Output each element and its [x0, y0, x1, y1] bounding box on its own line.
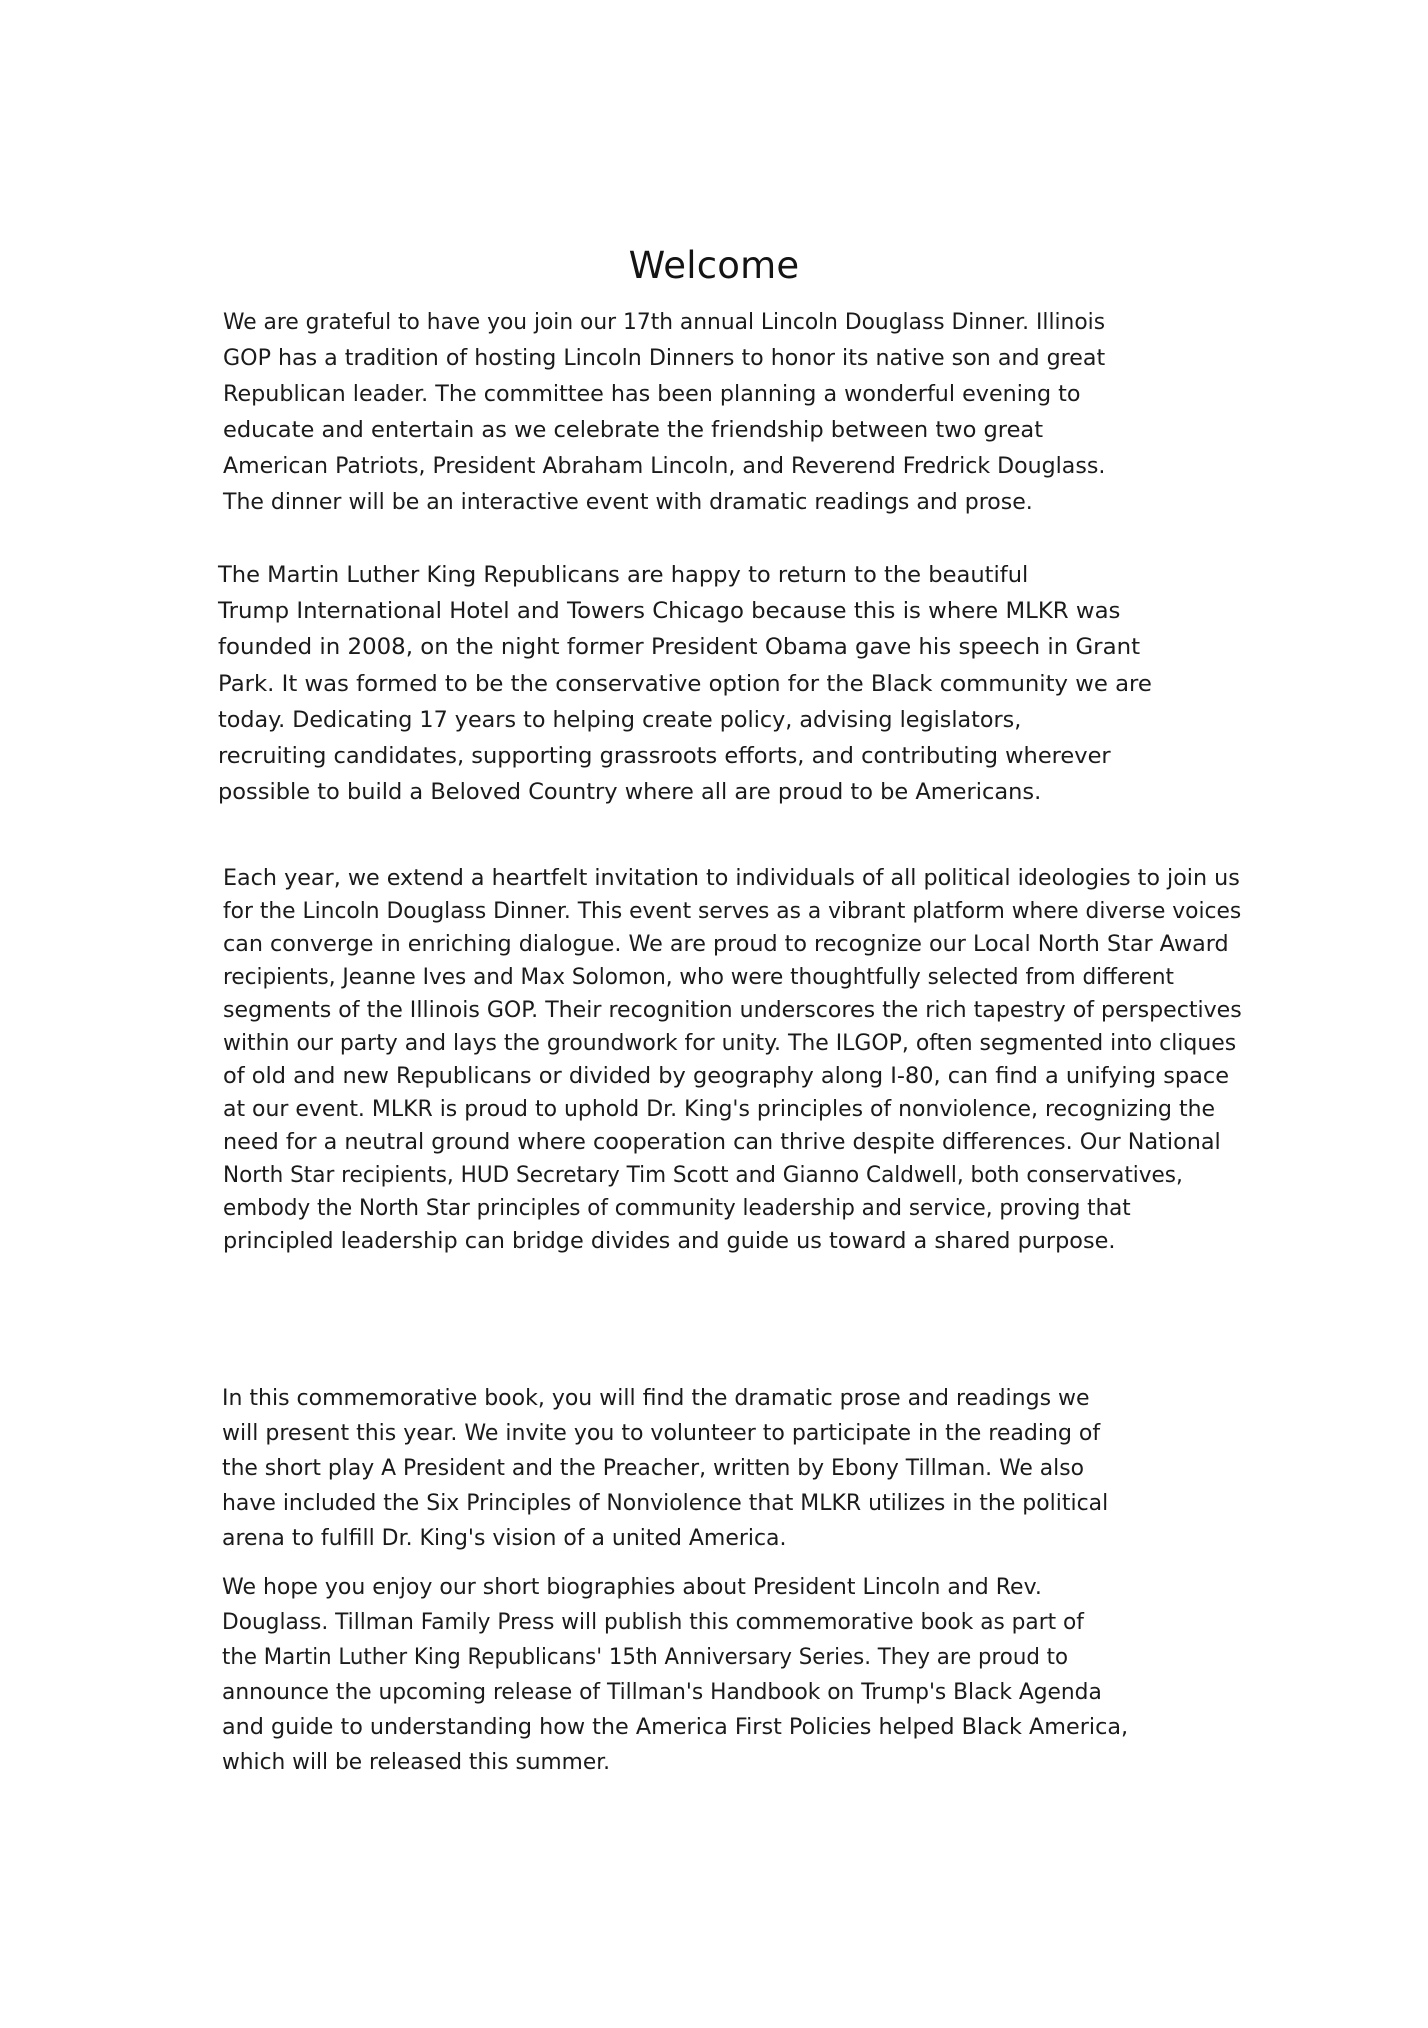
text-line: principled leadership can bridge divides…	[223, 1227, 1115, 1257]
document-page: Welcome We are grateful to have you join…	[0, 0, 1428, 2028]
text-line: GOP has a tradition of hosting Lincoln D…	[223, 344, 1105, 374]
text-line: arena to fulfill Dr. King's vision of a …	[222, 1524, 786, 1554]
text-line: announce the upcoming release of Tillman…	[222, 1678, 1102, 1708]
text-line: at our event. MLKR is proud to uphold Dr…	[223, 1095, 1215, 1125]
text-line: have included the Six Principles of Nonv…	[222, 1489, 1108, 1519]
text-line: recipients, Jeanne Ives and Max Solomon,…	[223, 963, 1174, 993]
text-line: We hope you enjoy our short biographies …	[222, 1573, 1042, 1603]
page-title: Welcome	[0, 243, 1428, 289]
text-line: Republican leader. The committee has bee…	[223, 380, 1080, 410]
text-line: Park. It was formed to be the conservati…	[218, 670, 1152, 700]
text-line: segments of the Illinois GOP. Their reco…	[223, 996, 1242, 1026]
text-line: need for a neutral ground where cooperat…	[223, 1128, 1221, 1158]
text-line: recruiting candidates, supporting grassr…	[218, 742, 1111, 772]
text-line: founded in 2008, on the night former Pre…	[218, 633, 1140, 663]
text-line: North Star recipients, HUD Secretary Tim…	[223, 1161, 1183, 1191]
text-line: Trump International Hotel and Towers Chi…	[218, 597, 1120, 627]
text-line: American Patriots, President Abraham Lin…	[223, 452, 1105, 482]
text-line: which will be released this summer.	[222, 1748, 610, 1778]
text-line: the short play A President and the Preac…	[222, 1454, 1084, 1484]
text-line: today. Dedicating 17 years to helping cr…	[218, 706, 1021, 736]
text-line: will present this year. We invite you to…	[222, 1419, 1100, 1449]
text-line: embody the North Star principles of comm…	[223, 1194, 1131, 1224]
text-line: and guide to understanding how the Ameri…	[222, 1713, 1128, 1743]
text-line: of old and new Republicans or divided by…	[223, 1062, 1229, 1092]
text-line: Each year, we extend a heartfelt invitat…	[223, 864, 1240, 894]
text-line: We are grateful to have you join our 17t…	[223, 308, 1105, 338]
text-line: possible to build a Beloved Country wher…	[218, 778, 1041, 808]
text-line: within our party and lays the groundwork…	[223, 1029, 1236, 1059]
text-line: can converge in enriching dialogue. We a…	[223, 930, 1229, 960]
text-line: The Martin Luther King Republicans are h…	[218, 561, 1028, 591]
text-line: Douglass. Tillman Family Press will publ…	[222, 1608, 1084, 1638]
text-line: The dinner will be an interactive event …	[223, 488, 1033, 518]
text-line: for the Lincoln Douglass Dinner. This ev…	[223, 897, 1241, 927]
text-line: In this commemorative book, you will fin…	[222, 1384, 1090, 1414]
text-line: educate and entertain as we celebrate th…	[223, 416, 1043, 446]
text-line: the Martin Luther King Republicans' 15th…	[222, 1643, 1068, 1673]
